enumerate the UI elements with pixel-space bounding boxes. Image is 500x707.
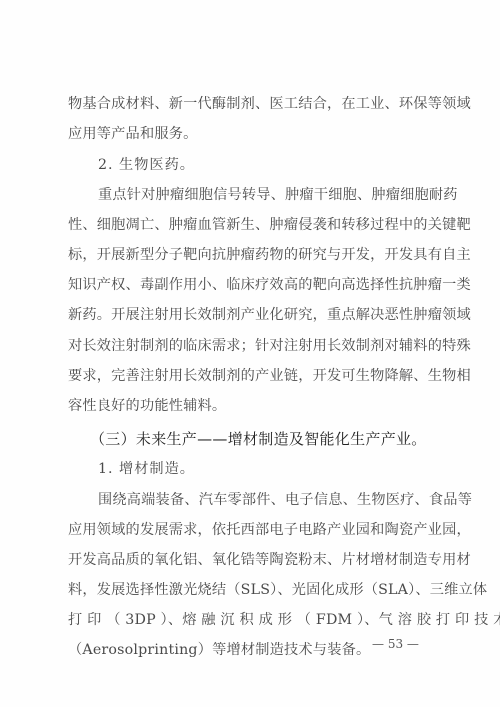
body-text-line: 应用等产品和服务。 bbox=[68, 124, 438, 144]
body-text-line: 对长效注射制剂的临床需求；针对注射用长效制剂对辅料的特殊 bbox=[68, 336, 438, 356]
body-text-line: 应用领域的发展需求，依托西部电子电路产业园和陶瓷产业园， bbox=[68, 520, 438, 540]
body-text-line: 标，开展新型分子靶向抗肿瘤药物的研究与开发，开发具有自主 bbox=[68, 245, 438, 265]
section-subheading-additive-manufacturing: 1. 增材制造。 bbox=[98, 459, 195, 479]
body-text-line: 开发高品质的氧化铝、氧化锆等陶瓷粉末、片材增材制造专用材 bbox=[68, 550, 438, 570]
body-text-line: 物基合成材料、新一代酶制剂、医工结合，在工业、环保等领域 bbox=[68, 94, 438, 114]
section-heading-future-production: （三）未来生产——增材制造及智能化生产产业。 bbox=[90, 429, 427, 449]
document-page: 物基合成材料、新一代酶制剂、医工结合，在工业、环保等领域 应用等产品和服务。 2… bbox=[0, 0, 500, 707]
body-text-line: 料，发展选择性激光烧结（SLS）、光固化成形（SLA）、三维立体 bbox=[68, 580, 438, 600]
body-text-line: 围绕高端装备、汽车零部件、电子信息、生物医疗、食品等 bbox=[98, 490, 438, 510]
body-text-line: 重点针对肿瘤细胞信号转导、肿瘤干细胞、肿瘤细胞耐药 bbox=[98, 185, 438, 205]
body-text-line: 容性良好的功能性辅料。 bbox=[68, 396, 438, 416]
body-text-line: 打 印 （ 3DP ）、熔 融 沉 积 成 形 （ FDM ）、气 溶 胶 打 … bbox=[68, 610, 438, 630]
page-number: — 53 — bbox=[372, 637, 419, 651]
body-text-line: 新药。开展注射用长效制剂产业化研究，重点解决恶性肿瘤领域 bbox=[68, 305, 438, 325]
body-text-line: 要求，完善注射用长效制剂的产业链，开发可生物降解、生物相 bbox=[68, 366, 438, 386]
body-text-line: 性、细胞凋亡、肿瘤血管新生、肿瘤侵袭和转移过程中的关键靶 bbox=[68, 215, 438, 235]
section-subheading-biomedicine: 2. 生物医药。 bbox=[98, 155, 195, 175]
body-text-line: 知识产权、毒副作用小、临床疗效高的靶向高选择性抗肿瘤一类 bbox=[68, 275, 438, 295]
